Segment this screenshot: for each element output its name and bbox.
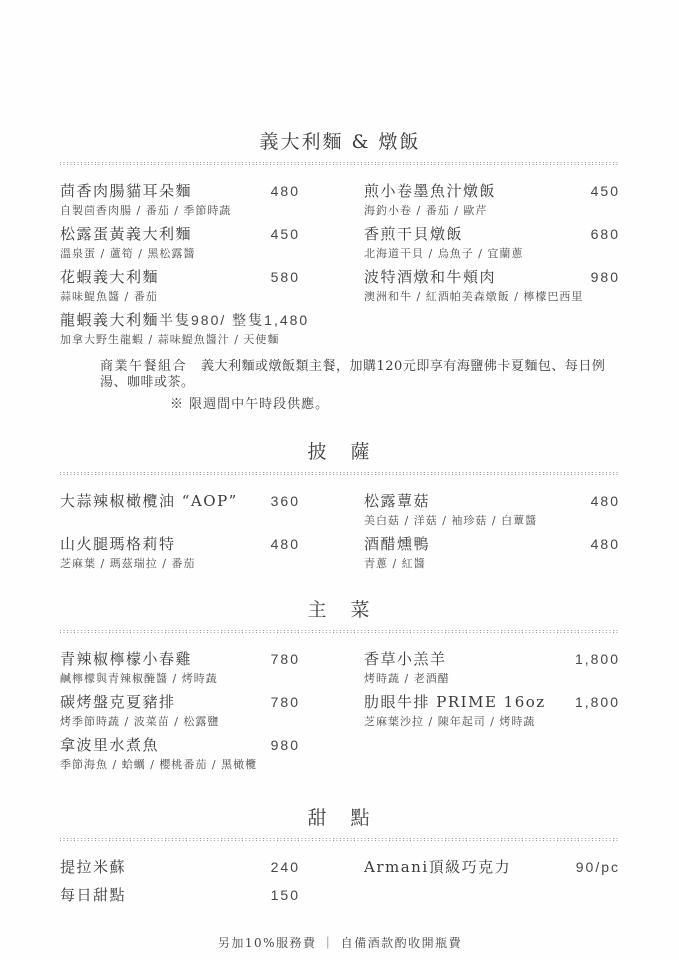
item-name: Armani頂級巧克力 xyxy=(364,857,511,877)
section-title: 主 菜 xyxy=(60,598,620,622)
menu-item: 煎小卷墨魚汁燉飯 450 海釣小卷 / 番茄 / 歐芹 xyxy=(364,181,620,218)
item-desc: 鹹檸檬與青辣椒醃醬 / 烤時蔬 xyxy=(60,672,300,686)
menu-item: 山火腿瑪格莉特 480 芝麻葉 / 瑪茲瑞拉 / 番茄 xyxy=(60,534,300,571)
section-title: 義大利麵 & 燉飯 xyxy=(60,130,620,154)
item-price: 680 xyxy=(591,224,620,244)
menu-item: 龍蝦義大利麵 半隻980/ 整隻1,480 加拿大野生龍蝦 / 蒜味鯷魚醬汁 /… xyxy=(60,310,300,347)
menu-item: 拿波里水煮魚 980 季節海魚 / 蛤蠣 / 櫻桃番茄 / 黑橄欖 xyxy=(60,735,300,772)
item-price: 360 xyxy=(271,491,300,511)
item-price: 780 xyxy=(271,692,300,712)
menu-item: 香煎干貝燉飯 680 北海道干貝 / 烏魚子 / 宜蘭蔥 xyxy=(364,224,620,261)
menu-item: 香草小羔羊 1,800 烤時蔬 / 老酒醋 xyxy=(364,649,620,686)
right-column: 煎小卷墨魚汁燉飯 450 海釣小卷 / 番茄 / 歐芹 香煎干貝燉飯 680 北… xyxy=(364,181,620,353)
section-title: 甜 點 xyxy=(60,806,620,830)
item-desc: 季節海魚 / 蛤蠣 / 櫻桃番茄 / 黑橄欖 xyxy=(60,758,300,772)
right-column: 松露蕈菇 480 美白菇 / 洋菇 / 袖珍菇 / 白蕈醬 酒醋燻鴨 480 青… xyxy=(364,491,620,577)
item-price: 240 xyxy=(271,857,300,877)
item-desc: 溫泉蛋 / 蘆筍 / 黑松露醬 xyxy=(60,247,300,261)
left-column: 茴香肉腸貓耳朵麵 480 自製茴香肉腸 / 番茄 / 季節時蔬 松露蛋黃義大利麵… xyxy=(60,181,300,353)
item-price: 980 xyxy=(591,267,620,287)
item-desc: 澳洲和牛 / 紅酒帕美森燉飯 / 檸檬巴西里 xyxy=(364,290,620,304)
menu-content: 義大利麵 & 燉飯 茴香肉腸貓耳朵麵 480 自製茴香肉腸 / 番茄 / 季節時… xyxy=(0,130,679,951)
section-pasta-risotto: 義大利麵 & 燉飯 茴香肉腸貓耳朵麵 480 自製茴香肉腸 / 番茄 / 季節時… xyxy=(60,130,620,413)
menu-item: 青辣椒檸檬小春雞 780 鹹檸檬與青辣椒醃醬 / 烤時蔬 xyxy=(60,649,300,686)
item-price: 480 xyxy=(591,491,620,511)
item-name: 碳烤盤克夏豬排 xyxy=(60,692,176,712)
item-name: 松露蛋黃義大利麵 xyxy=(60,224,192,244)
menu-item: 花蝦義大利麵 580 蒜味鯷魚醬 / 番茄 xyxy=(60,267,300,304)
section-desserts: 甜 點 提拉米蘇 240 每日甜點 150 xyxy=(60,806,620,913)
item-price: 480 xyxy=(271,181,300,201)
item-name: 煎小卷墨魚汁燉飯 xyxy=(364,181,496,201)
section-items: 青辣椒檸檬小春雞 780 鹹檸檬與青辣椒醃醬 / 烤時蔬 碳烤盤克夏豬排 780… xyxy=(60,649,620,778)
menu-item: 肋眼牛排 PRIME 16oz 1,800 芝麻葉沙拉 / 陳年起司 / 烤時蔬 xyxy=(364,692,620,729)
dotted-divider xyxy=(60,630,620,633)
section-title: 披 薩 xyxy=(60,440,620,464)
item-name: 山火腿瑪格莉特 xyxy=(60,534,176,554)
item-price: 450 xyxy=(591,181,620,201)
item-name: 波特酒燉和牛頰肉 xyxy=(364,267,496,287)
item-name: 花蝦義大利麵 xyxy=(60,267,159,287)
section-mains: 主 菜 青辣椒檸檬小春雞 780 鹹檸檬與青辣椒醃醬 / 烤時蔬 碳烤盤克夏豬排 xyxy=(60,598,620,778)
section-items: 大蒜辣椒橄欖油 “AOP” 360 山火腿瑪格莉特 480 芝麻葉 / 瑪茲瑞拉… xyxy=(60,491,620,577)
item-desc: 芝麻葉 / 瑪茲瑞拉 / 番茄 xyxy=(60,557,300,571)
item-price: 480 xyxy=(271,534,300,554)
menu-item: 大蒜辣椒橄欖油 “AOP” 360 xyxy=(60,491,300,511)
item-price: 780 xyxy=(271,649,300,669)
menu-item: 酒醋燻鴨 480 青蔥 / 紅醬 xyxy=(364,534,620,571)
item-name: 酒醋燻鴨 xyxy=(364,534,430,554)
dotted-divider xyxy=(60,162,620,165)
item-price: 1,800 xyxy=(575,649,620,669)
item-price: 150 xyxy=(271,885,300,905)
item-desc: 芝麻葉沙拉 / 陳年起司 / 烤時蔬 xyxy=(364,715,620,729)
section-pizza: 披 薩 大蒜辣椒橄欖油 “AOP” 360 山火腿瑪格莉特 480 xyxy=(60,440,620,577)
item-desc: 烤季節時蔬 / 波菜苗 / 松露鹽 xyxy=(60,715,300,729)
item-desc: 烤時蔬 / 老酒醋 xyxy=(364,672,620,686)
business-lunch-note: 商業午餐組合義大利麵或燉飯類主餐，加購120元即享有海鹽佛卡夏麵包、每日例湯、咖… xyxy=(60,359,620,413)
menu-item: 茴香肉腸貓耳朵麵 480 自製茴香肉腸 / 番茄 / 季節時蔬 xyxy=(60,181,300,218)
item-price: 90/pc xyxy=(576,857,620,877)
item-name: 肋眼牛排 PRIME 16oz xyxy=(364,692,546,712)
item-desc: 美白菇 / 洋菇 / 袖珍菇 / 白蕈醬 xyxy=(364,514,620,528)
lunch-note-label: 商業午餐組合 xyxy=(100,359,187,374)
item-name: 松露蕈菇 xyxy=(364,491,430,511)
section-items: 提拉米蘇 240 每日甜點 150 Armani頂級巧克力 xyxy=(60,857,620,913)
item-price: 450 xyxy=(271,224,300,244)
item-desc: 自製茴香肉腸 / 番茄 / 季節時蔬 xyxy=(60,204,300,218)
item-price: 980 xyxy=(271,735,300,755)
item-price: 半隻980/ 整隻1,480 xyxy=(159,310,309,330)
dotted-divider xyxy=(60,838,620,841)
item-name: 香草小羔羊 xyxy=(364,649,447,669)
menu-item: 提拉米蘇 240 xyxy=(60,857,300,877)
menu-item: Armani頂級巧克力 90/pc xyxy=(364,857,620,877)
menu-item: 松露蕈菇 480 美白菇 / 洋菇 / 袖珍菇 / 白蕈醬 xyxy=(364,491,620,528)
item-name: 茴香肉腸貓耳朵麵 xyxy=(60,181,192,201)
service-charge-note: 另加10%服務費 ｜ 自備酒款酌收開瓶費 xyxy=(60,935,620,951)
item-price: 1,800 xyxy=(575,692,620,712)
left-column: 提拉米蘇 240 每日甜點 150 xyxy=(60,857,300,913)
item-name: 提拉米蘇 xyxy=(60,857,126,877)
menu-item: 每日甜點 150 xyxy=(60,885,300,905)
item-desc: 加拿大野生龍蝦 / 蒜味鯷魚醬汁 / 天使麵 xyxy=(60,333,300,347)
dotted-divider xyxy=(60,472,620,475)
menu-page: 義大利麵 & 燉飯 茴香肉腸貓耳朵麵 480 自製茴香肉腸 / 番茄 / 季節時… xyxy=(0,0,679,960)
item-desc: 青蔥 / 紅醬 xyxy=(364,557,620,571)
left-column: 大蒜辣椒橄欖油 “AOP” 360 山火腿瑪格莉特 480 芝麻葉 / 瑪茲瑞拉… xyxy=(60,491,300,577)
item-name: 香煎干貝燉飯 xyxy=(364,224,463,244)
item-desc: 蒜味鯷魚醬 / 番茄 xyxy=(60,290,300,304)
menu-item: 碳烤盤克夏豬排 780 烤季節時蔬 / 波菜苗 / 松露鹽 xyxy=(60,692,300,729)
item-price: 480 xyxy=(591,534,620,554)
lunch-note-availability: ※ 限週間中午時段供應。 xyxy=(100,397,620,413)
item-name: 青辣椒檸檬小春雞 xyxy=(60,649,192,669)
item-name: 拿波里水煮魚 xyxy=(60,735,159,755)
item-name: 龍蝦義大利麵 xyxy=(60,310,159,330)
item-name: 大蒜辣椒橄欖油 “AOP” xyxy=(60,491,238,511)
section-items: 茴香肉腸貓耳朵麵 480 自製茴香肉腸 / 番茄 / 季節時蔬 松露蛋黃義大利麵… xyxy=(60,181,620,353)
item-price: 580 xyxy=(271,267,300,287)
right-column: Armani頂級巧克力 90/pc xyxy=(364,857,620,913)
item-desc: 北海道干貝 / 烏魚子 / 宜蘭蔥 xyxy=(364,247,620,261)
item-desc: 海釣小卷 / 番茄 / 歐芹 xyxy=(364,204,620,218)
menu-item: 波特酒燉和牛頰肉 980 澳洲和牛 / 紅酒帕美森燉飯 / 檸檬巴西里 xyxy=(364,267,620,304)
menu-item: 松露蛋黃義大利麵 450 溫泉蛋 / 蘆筍 / 黑松露醬 xyxy=(60,224,300,261)
item-name: 每日甜點 xyxy=(60,885,126,905)
left-column: 青辣椒檸檬小春雞 780 鹹檸檬與青辣椒醃醬 / 烤時蔬 碳烤盤克夏豬排 780… xyxy=(60,649,300,778)
right-column: 香草小羔羊 1,800 烤時蔬 / 老酒醋 肋眼牛排 PRIME 16oz 1,… xyxy=(364,649,620,778)
